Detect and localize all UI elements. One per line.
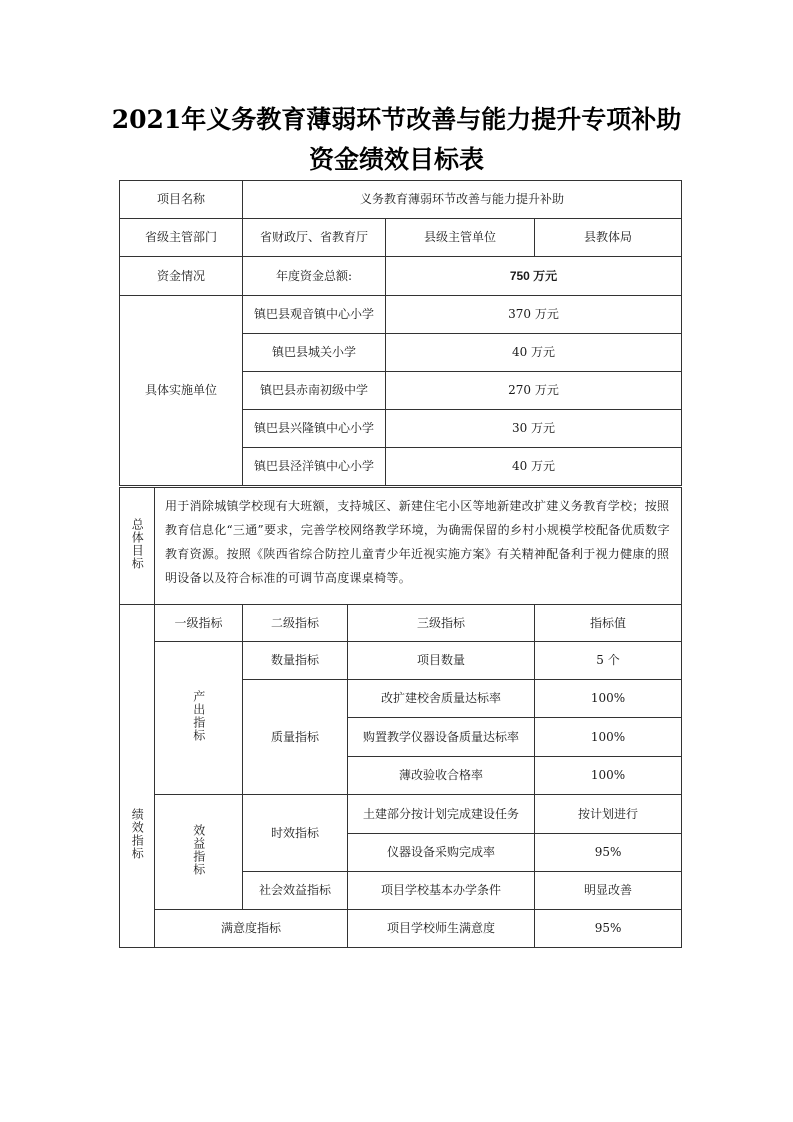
overall-goal-text: 用于消除城镇学校现有大班额，支持城区、新建住宅小区等地新建改扩建义务教育学校；按… (155, 488, 682, 605)
document-title-line1: 2021年义务教育薄弱环节改善与能力提升专项补助 (0, 100, 793, 136)
project-name-label: 项目名称 (120, 181, 243, 219)
header-level1: 一级指标 (155, 605, 243, 642)
performance-label-cell: 绩效指标 (120, 605, 155, 948)
overall-goal-label: 总体目标 (130, 518, 144, 570)
funding-label: 资金情况 (120, 257, 243, 296)
annual-total-value: 750 万元 (386, 257, 682, 296)
unit-name: 镇巴县赤南初级中学 (243, 372, 386, 410)
provincial-dept-value: 省财政厅、省教育厅 (243, 219, 386, 257)
unit-name: 镇巴县观音镇中心小学 (243, 296, 386, 334)
benefit-label-cell: 效益指标 (155, 795, 243, 910)
indicator-name: 项目数量 (348, 642, 535, 680)
social-label: 社会效益指标 (243, 872, 348, 910)
document-title-line2: 资金绩效目标表 (0, 140, 793, 176)
indicator-row: 效益指标 时效指标 土建部分按计划完成建设任务 按计划进行 (120, 795, 682, 834)
indicator-name: 土建部分按计划完成建设任务 (348, 795, 535, 834)
indicator-value: 5 个 (535, 642, 682, 680)
benefit-label: 效益指标 (191, 824, 205, 876)
performance-label: 绩效指标 (130, 808, 144, 860)
indicator-name: 薄改验收合格率 (348, 757, 535, 795)
unit-name: 镇巴县泾洋镇中心小学 (243, 448, 386, 486)
indicator-value: 100% (535, 718, 682, 757)
unit-name: 镇巴县城关小学 (243, 334, 386, 372)
county-unit-label: 县级主管单位 (386, 219, 535, 257)
unit-amount: 30 万元 (386, 410, 682, 448)
unit-amount: 370 万元 (386, 296, 682, 334)
indicator-value: 95% (535, 910, 682, 948)
header-level3: 三级指标 (348, 605, 535, 642)
indicator-value: 明显改善 (535, 872, 682, 910)
timeliness-label: 时效指标 (243, 795, 348, 872)
indicator-value: 100% (535, 680, 682, 718)
header-level2: 二级指标 (243, 605, 348, 642)
unit-name: 镇巴县兴隆镇中心小学 (243, 410, 386, 448)
county-unit-value: 县教体局 (535, 219, 682, 257)
header-value: 指标值 (535, 605, 682, 642)
indicator-value: 95% (535, 834, 682, 872)
implementing-units-label: 具体实施单位 (120, 296, 243, 486)
project-name-value: 义务教育薄弱环节改善与能力提升补助 (243, 181, 682, 219)
indicator-value: 按计划进行 (535, 795, 682, 834)
provincial-dept-label: 省级主管部门 (120, 219, 243, 257)
indicator-name: 项目学校师生满意度 (348, 910, 535, 948)
indicator-row: 产出指标 数量指标 项目数量 5 个 (120, 642, 682, 680)
project-info-table: 项目名称 义务教育薄弱环节改善与能力提升补助 省级主管部门 省财政厅、省教育厅 … (119, 180, 682, 486)
output-label: 产出指标 (191, 690, 205, 742)
satisfaction-label: 满意度指标 (155, 910, 348, 948)
unit-amount: 40 万元 (386, 448, 682, 486)
quantity-label: 数量指标 (243, 642, 348, 680)
output-label-cell: 产出指标 (155, 642, 243, 795)
annual-total-label: 年度资金总额: (243, 257, 386, 296)
unit-amount: 270 万元 (386, 372, 682, 410)
indicator-name: 项目学校基本办学条件 (348, 872, 535, 910)
indicator-name: 改扩建校舍质量达标率 (348, 680, 535, 718)
overall-goal-label-cell: 总体目标 (120, 488, 155, 605)
indicator-name: 仪器设备采购完成率 (348, 834, 535, 872)
indicator-value: 100% (535, 757, 682, 795)
unit-amount: 40 万元 (386, 334, 682, 372)
indicator-row: 满意度指标 项目学校师生满意度 95% (120, 910, 682, 948)
quality-label: 质量指标 (243, 680, 348, 795)
unit-row: 具体实施单位 镇巴县观音镇中心小学 370 万元 (120, 296, 682, 334)
performance-table: 总体目标 用于消除城镇学校现有大班额，支持城区、新建住宅小区等地新建改扩建义务教… (119, 487, 682, 948)
indicator-name: 购置教学仪器设备质量达标率 (348, 718, 535, 757)
